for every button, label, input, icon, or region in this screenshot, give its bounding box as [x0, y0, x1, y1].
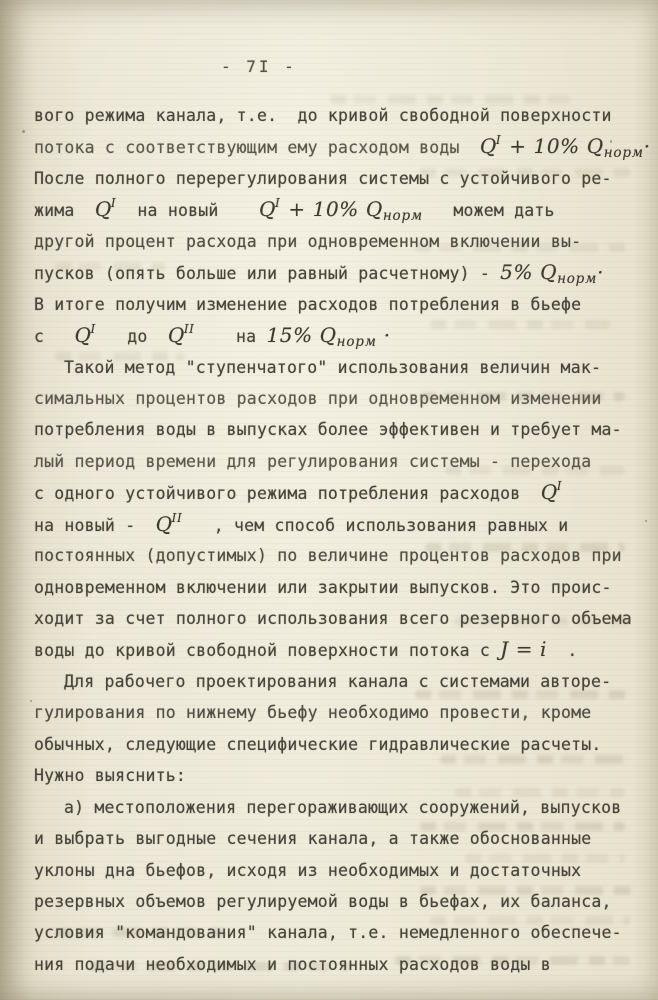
typewritten-text: гулирования по нижнему бьефу необходимо …: [34, 703, 591, 722]
typewritten-text: .: [547, 641, 577, 660]
typewritten-text: ходит за счет полного использования всег…: [34, 609, 632, 628]
text-line: ходит за счет полного использования всег…: [34, 603, 634, 634]
text-line: гулирования по нижнему бьефу необходимо …: [34, 697, 634, 728]
inline-formula: 5% Qнорм·: [500, 260, 604, 284]
typewritten-text: на новый: [117, 201, 259, 220]
inline-formula: QI + 10% Qнорм·: [480, 134, 651, 158]
formula-term: ·: [377, 323, 391, 347]
typewritten-text: а) местоположения перегораживающих соору…: [64, 798, 621, 817]
typewritten-text: После полного перерегулирования системы …: [34, 169, 612, 188]
typewritten-text: Нужно выяснить:: [34, 766, 186, 785]
typewritten-text: другой процент расхода при одновременном…: [34, 232, 581, 251]
inline-formula: QI + 10% Qнорм: [259, 197, 423, 221]
paper-speck: [645, 520, 647, 522]
formula-term: Q: [320, 323, 337, 347]
inline-formula: 15% Qнорм ·: [266, 323, 390, 347]
typewritten-text: с одного устойчивого режима потребления …: [34, 484, 541, 503]
paper-speck: [22, 130, 25, 133]
typewritten-text: с: [34, 327, 75, 346]
text-line: и выбрать выгодные сечения канала, а так…: [34, 823, 634, 854]
typewritten-text: резервных объемов регулируемой воды в бь…: [34, 892, 612, 911]
formula-term: Q: [366, 197, 383, 221]
formula-term: Q: [587, 134, 604, 158]
typewritten-text: уклоны дна бьефов, исходя из необходимых…: [34, 861, 581, 880]
text-line: на новый - QII , чем способ использовани…: [34, 509, 634, 540]
text-line: вого режима канала, т.е. до кривой свобо…: [34, 100, 634, 131]
inline-formula: QI: [75, 323, 97, 347]
text-line: В итоге получим изменение расходов потре…: [34, 289, 634, 320]
typewritten-text: , чем способ использования равных и: [183, 516, 568, 535]
typewritten-text: вого режима канала, т.е. до кривой свобо…: [34, 106, 612, 125]
formula-term: J = i: [500, 637, 547, 661]
text-line: ния подачи необходимых и постоянных расх…: [34, 949, 634, 980]
typewritten-text: на новый -: [34, 516, 156, 535]
typewritten-text: В итоге получим изменение расходов потре…: [34, 295, 581, 314]
formula-term: Q: [168, 323, 185, 347]
formula-term: 15%: [266, 323, 319, 347]
text-line: потребления воды в выпусках более эффект…: [34, 414, 634, 445]
typewritten-text: жима: [34, 201, 95, 220]
typewritten-text: и выбрать выгодные сечения канала, а так…: [34, 829, 591, 848]
formula-term: Q: [259, 197, 276, 221]
typewritten-text: потребления воды в выпусках более эффект…: [34, 420, 622, 439]
typewritten-text: Для рабочего проектирования канала с сис…: [64, 672, 611, 691]
typewritten-text: можем дать: [423, 201, 555, 220]
inline-formula: QII: [168, 323, 196, 347]
paper-speck: [30, 700, 32, 702]
text-line: воды до кривой свободной поверхности пот…: [34, 634, 634, 665]
typewritten-text: лый период времени для регулирования сис…: [34, 452, 591, 471]
text-line: постоянных (допустимых) по величине проц…: [34, 540, 634, 571]
text-line: жима QI на новый QI + 10% Qнорм можем да…: [34, 194, 634, 225]
typewritten-text: на: [196, 327, 267, 346]
text-line: а) местоположения перегораживающих соору…: [34, 792, 634, 823]
formula-term: Q: [541, 480, 558, 504]
text-line: симальных процентов расходов при одновре…: [34, 383, 634, 414]
typewritten-text: до: [97, 327, 168, 346]
typewritten-text: ния подачи необходимых и постоянных расх…: [34, 955, 551, 974]
typewritten-text: постоянных (допустимых) по величине проц…: [34, 546, 622, 565]
text-line: одновременном включении или закрытии вып…: [34, 572, 634, 603]
formula-term: Q: [540, 260, 557, 284]
text-line: уклоны дна бьефов, исходя из необходимых…: [34, 855, 634, 886]
typewritten-text: симальных процентов расходов при одновре…: [34, 389, 602, 408]
typewritten-text: Такой метод "ступенчатого" использования…: [64, 358, 601, 377]
text-line: потока с соответствующим ему расходом во…: [34, 131, 634, 162]
typewritten-text: воды до кривой свободной поверхности пот…: [34, 641, 500, 660]
formula-term: ·: [644, 134, 651, 158]
formula-term: + 10%: [502, 134, 586, 158]
text-line: лый период времени для регулирования сис…: [34, 446, 634, 477]
text-line: обычных, следующие специфические гидравл…: [34, 729, 634, 760]
typewritten-text: пусков (опять больше или равный расчетно…: [34, 264, 500, 283]
typewritten-text: потока с соответствующим ему расходом во…: [34, 138, 480, 157]
text-line: После полного перерегулирования системы …: [34, 163, 634, 194]
text-line: Нужно выяснить:: [34, 760, 634, 791]
text-line: с QI до QII на 15% Qнорм ·: [34, 320, 634, 351]
text-line: пусков (опять больше или равный расчетно…: [34, 257, 634, 288]
document-page: - 7I - вого режима канала, т.е. до криво…: [0, 0, 658, 1000]
inline-formula: QI: [541, 480, 563, 504]
formula-term: Q: [75, 323, 92, 347]
formula-term: Q: [480, 134, 497, 158]
inline-formula: QII: [156, 512, 184, 536]
formula-term: 5%: [500, 260, 540, 284]
formula-term: Q: [95, 197, 112, 221]
text-line: Такой метод "ступенчатого" использования…: [34, 352, 634, 383]
formula-term: + 10%: [281, 197, 365, 221]
document-body: вого режима канала, т.е. до кривой свобо…: [34, 100, 634, 980]
typewritten-text: условия "командования" канала, т.е. неме…: [34, 923, 622, 942]
inline-formula: QI: [95, 197, 117, 221]
formula-term: ·: [597, 260, 604, 284]
text-line: резервных объемов регулируемой воды в бь…: [34, 886, 634, 917]
page-number: - 7I -: [221, 57, 297, 76]
text-line: Для рабочего проектирования канала с сис…: [34, 666, 634, 697]
formula-term: Q: [156, 512, 173, 536]
text-line: условия "командования" канала, т.е. неме…: [34, 917, 634, 948]
inline-formula: J = i: [500, 637, 547, 661]
text-line: другой процент расхода при одновременном…: [34, 226, 634, 257]
text-line: с одного устойчивого режима потребления …: [34, 477, 634, 508]
typewritten-text: обычных, следующие специфические гидравл…: [34, 735, 602, 754]
typewritten-text: одновременном включении или закрытии вып…: [34, 578, 612, 597]
